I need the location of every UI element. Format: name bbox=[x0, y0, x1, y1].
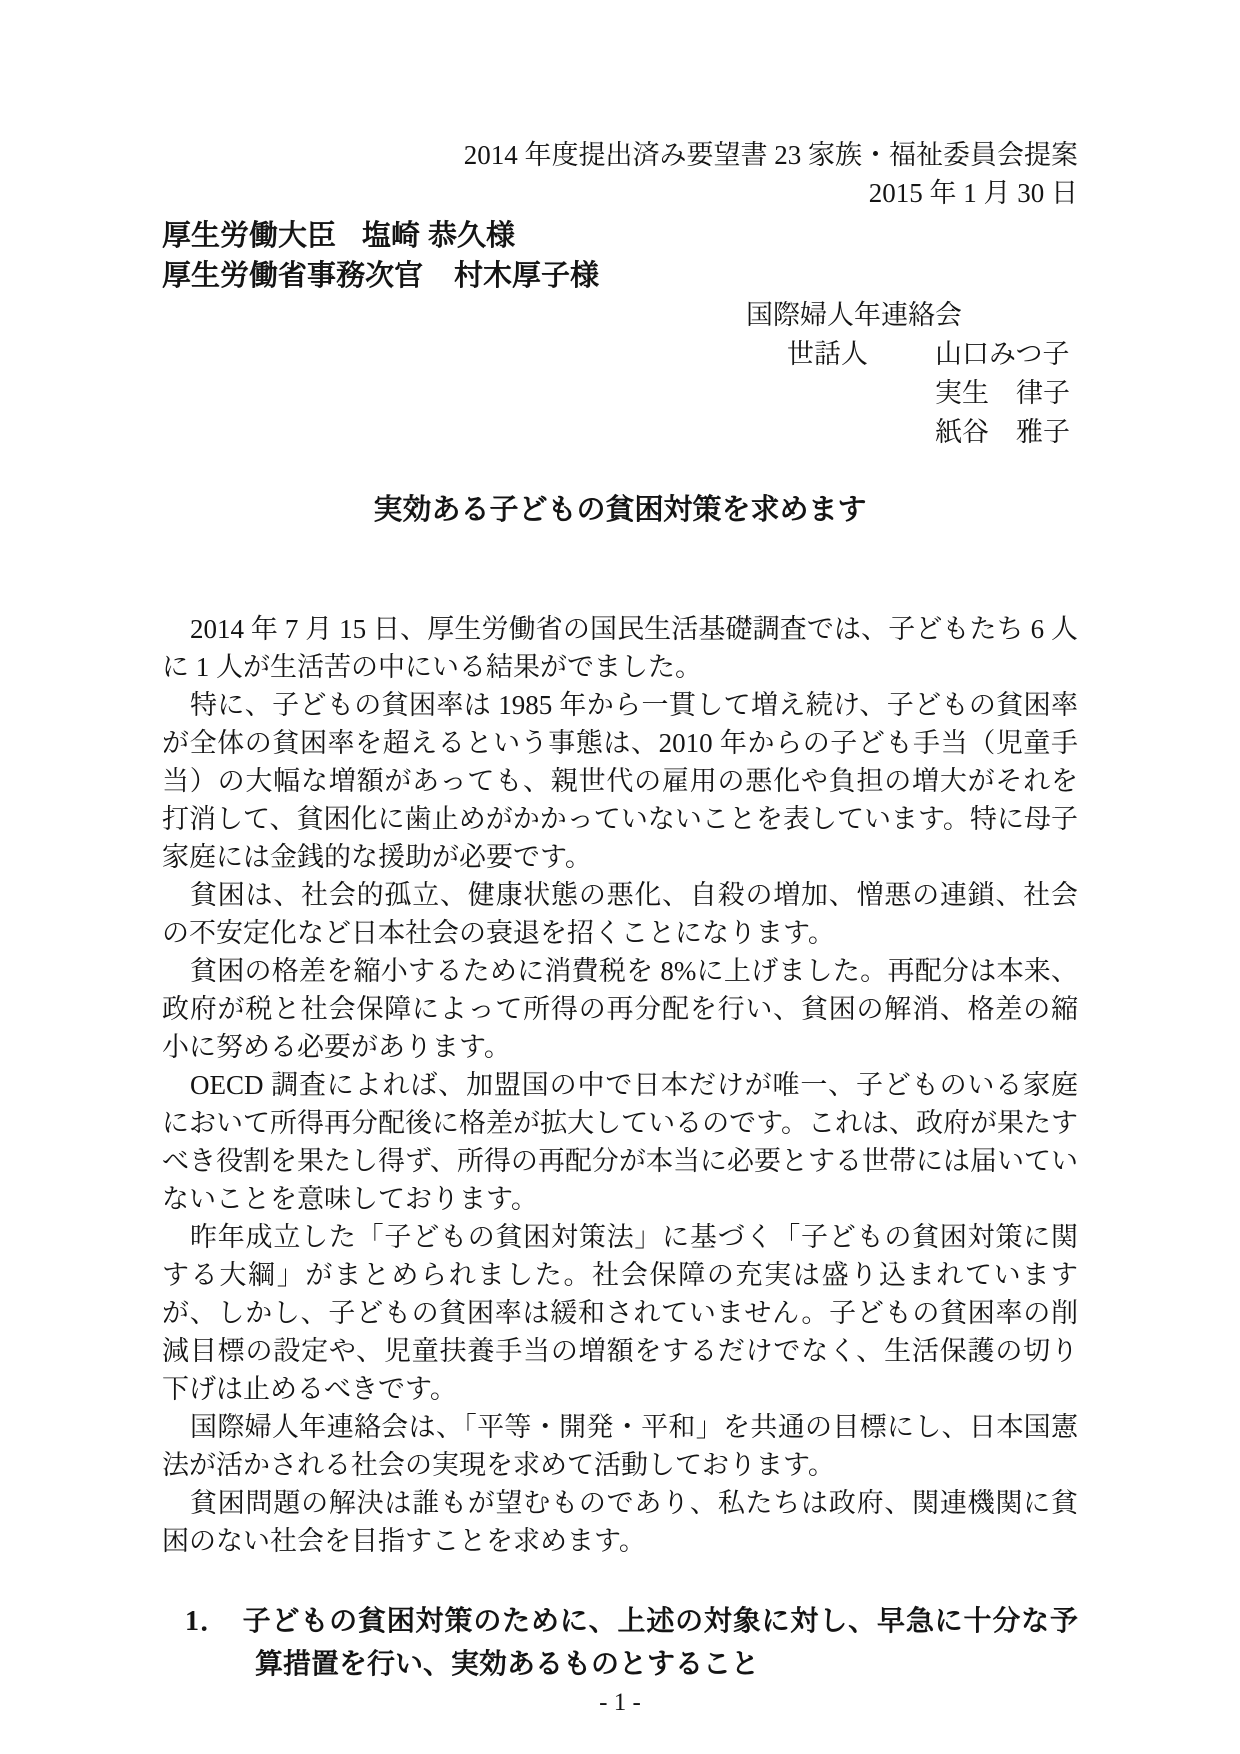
sender-role-line: 世話人山口みつ子 bbox=[787, 335, 1078, 374]
sender-name: 実生 律子 bbox=[935, 374, 1078, 413]
sender-name: 山口みつ子 bbox=[935, 339, 1069, 369]
paragraph: 貧困問題の解決は誰もが望むものであり、私たちは政府、関連機関に貧困のない社会を目… bbox=[162, 1484, 1078, 1560]
document-content: 2014 年度提出済み要望書 23 家族・福祉委員会提案 2015 年 1 月 … bbox=[162, 136, 1078, 1686]
recipient-name: 塩崎 恭久様 bbox=[362, 220, 515, 252]
document-page: 2014 年度提出済み要望書 23 家族・福祉委員会提案 2015 年 1 月 … bbox=[0, 0, 1240, 1754]
request-item-text: 子どもの貧困対策のために、上述の対象に対し、早急に十分な予算措置を行い、実効ある… bbox=[243, 1606, 1078, 1680]
paragraph: OECD 調査によれば、加盟国の中で日本だけが唯一、子どものいる家庭において所得… bbox=[162, 1066, 1078, 1218]
request-item-number: 1． bbox=[185, 1606, 229, 1637]
paragraph: 貧困は、社会的孤立、健康状態の悪化、自殺の増加、憎悪の連鎖、社会の不安定化など日… bbox=[162, 876, 1078, 952]
recipient-line: 厚生労働大臣塩崎 恭久様 bbox=[162, 216, 1078, 256]
recipient-name: 村木厚子様 bbox=[454, 260, 599, 292]
sender-name: 紙谷 雅子 bbox=[935, 413, 1078, 452]
paragraph: 国際婦人年連絡会は、「平等・開発・平和」を共通の目標にし、日本国憲法が活かされる… bbox=[162, 1408, 1078, 1484]
document-body: 2014 年 7 月 15 日、厚生労働省の国民生活基礎調査では、子どもたち 6… bbox=[162, 610, 1078, 1560]
paragraph: 2014 年 7 月 15 日、厚生労働省の国民生活基礎調査では、子どもたち 6… bbox=[162, 610, 1078, 686]
page-number: - 1 - bbox=[0, 1688, 1240, 1718]
paragraph: 昨年成立した「子どもの貧困対策法」に基づく「子どもの貧困対策に関する大綱」がまと… bbox=[162, 1218, 1078, 1408]
recipient-title: 厚生労働省事務次官 bbox=[162, 256, 454, 296]
document-ref-line: 2014 年度提出済み要望書 23 家族・福祉委員会提案 bbox=[162, 136, 1078, 174]
sender-organization: 国際婦人年連絡会 bbox=[746, 296, 1078, 335]
sender-role: 世話人 bbox=[787, 335, 935, 374]
request-item-1: 1．子どもの貧困対策のために、上述の対象に対し、早急に十分な予算措置を行い、実効… bbox=[162, 1600, 1078, 1686]
sender-block: 国際婦人年連絡会 世話人山口みつ子 実生 律子 紙谷 雅子 bbox=[162, 296, 1078, 452]
recipient-line: 厚生労働省事務次官村木厚子様 bbox=[162, 256, 1078, 296]
recipient-title: 厚生労働大臣 bbox=[162, 216, 362, 256]
paragraph: 貧困の格差を縮小するために消費税を 8%に上げました。再配分は本来、政府が税と社… bbox=[162, 952, 1078, 1066]
paragraph: 特に、子どもの貧困率は 1985 年から一貫して増え続け、子どもの貧困率が全体の… bbox=[162, 686, 1078, 876]
recipient-block: 厚生労働大臣塩崎 恭久様 厚生労働省事務次官村木厚子様 bbox=[162, 216, 1078, 296]
document-title: 実効ある子どもの貧困対策を求めます bbox=[162, 490, 1078, 530]
document-date: 2015 年 1 月 30 日 bbox=[162, 174, 1078, 212]
